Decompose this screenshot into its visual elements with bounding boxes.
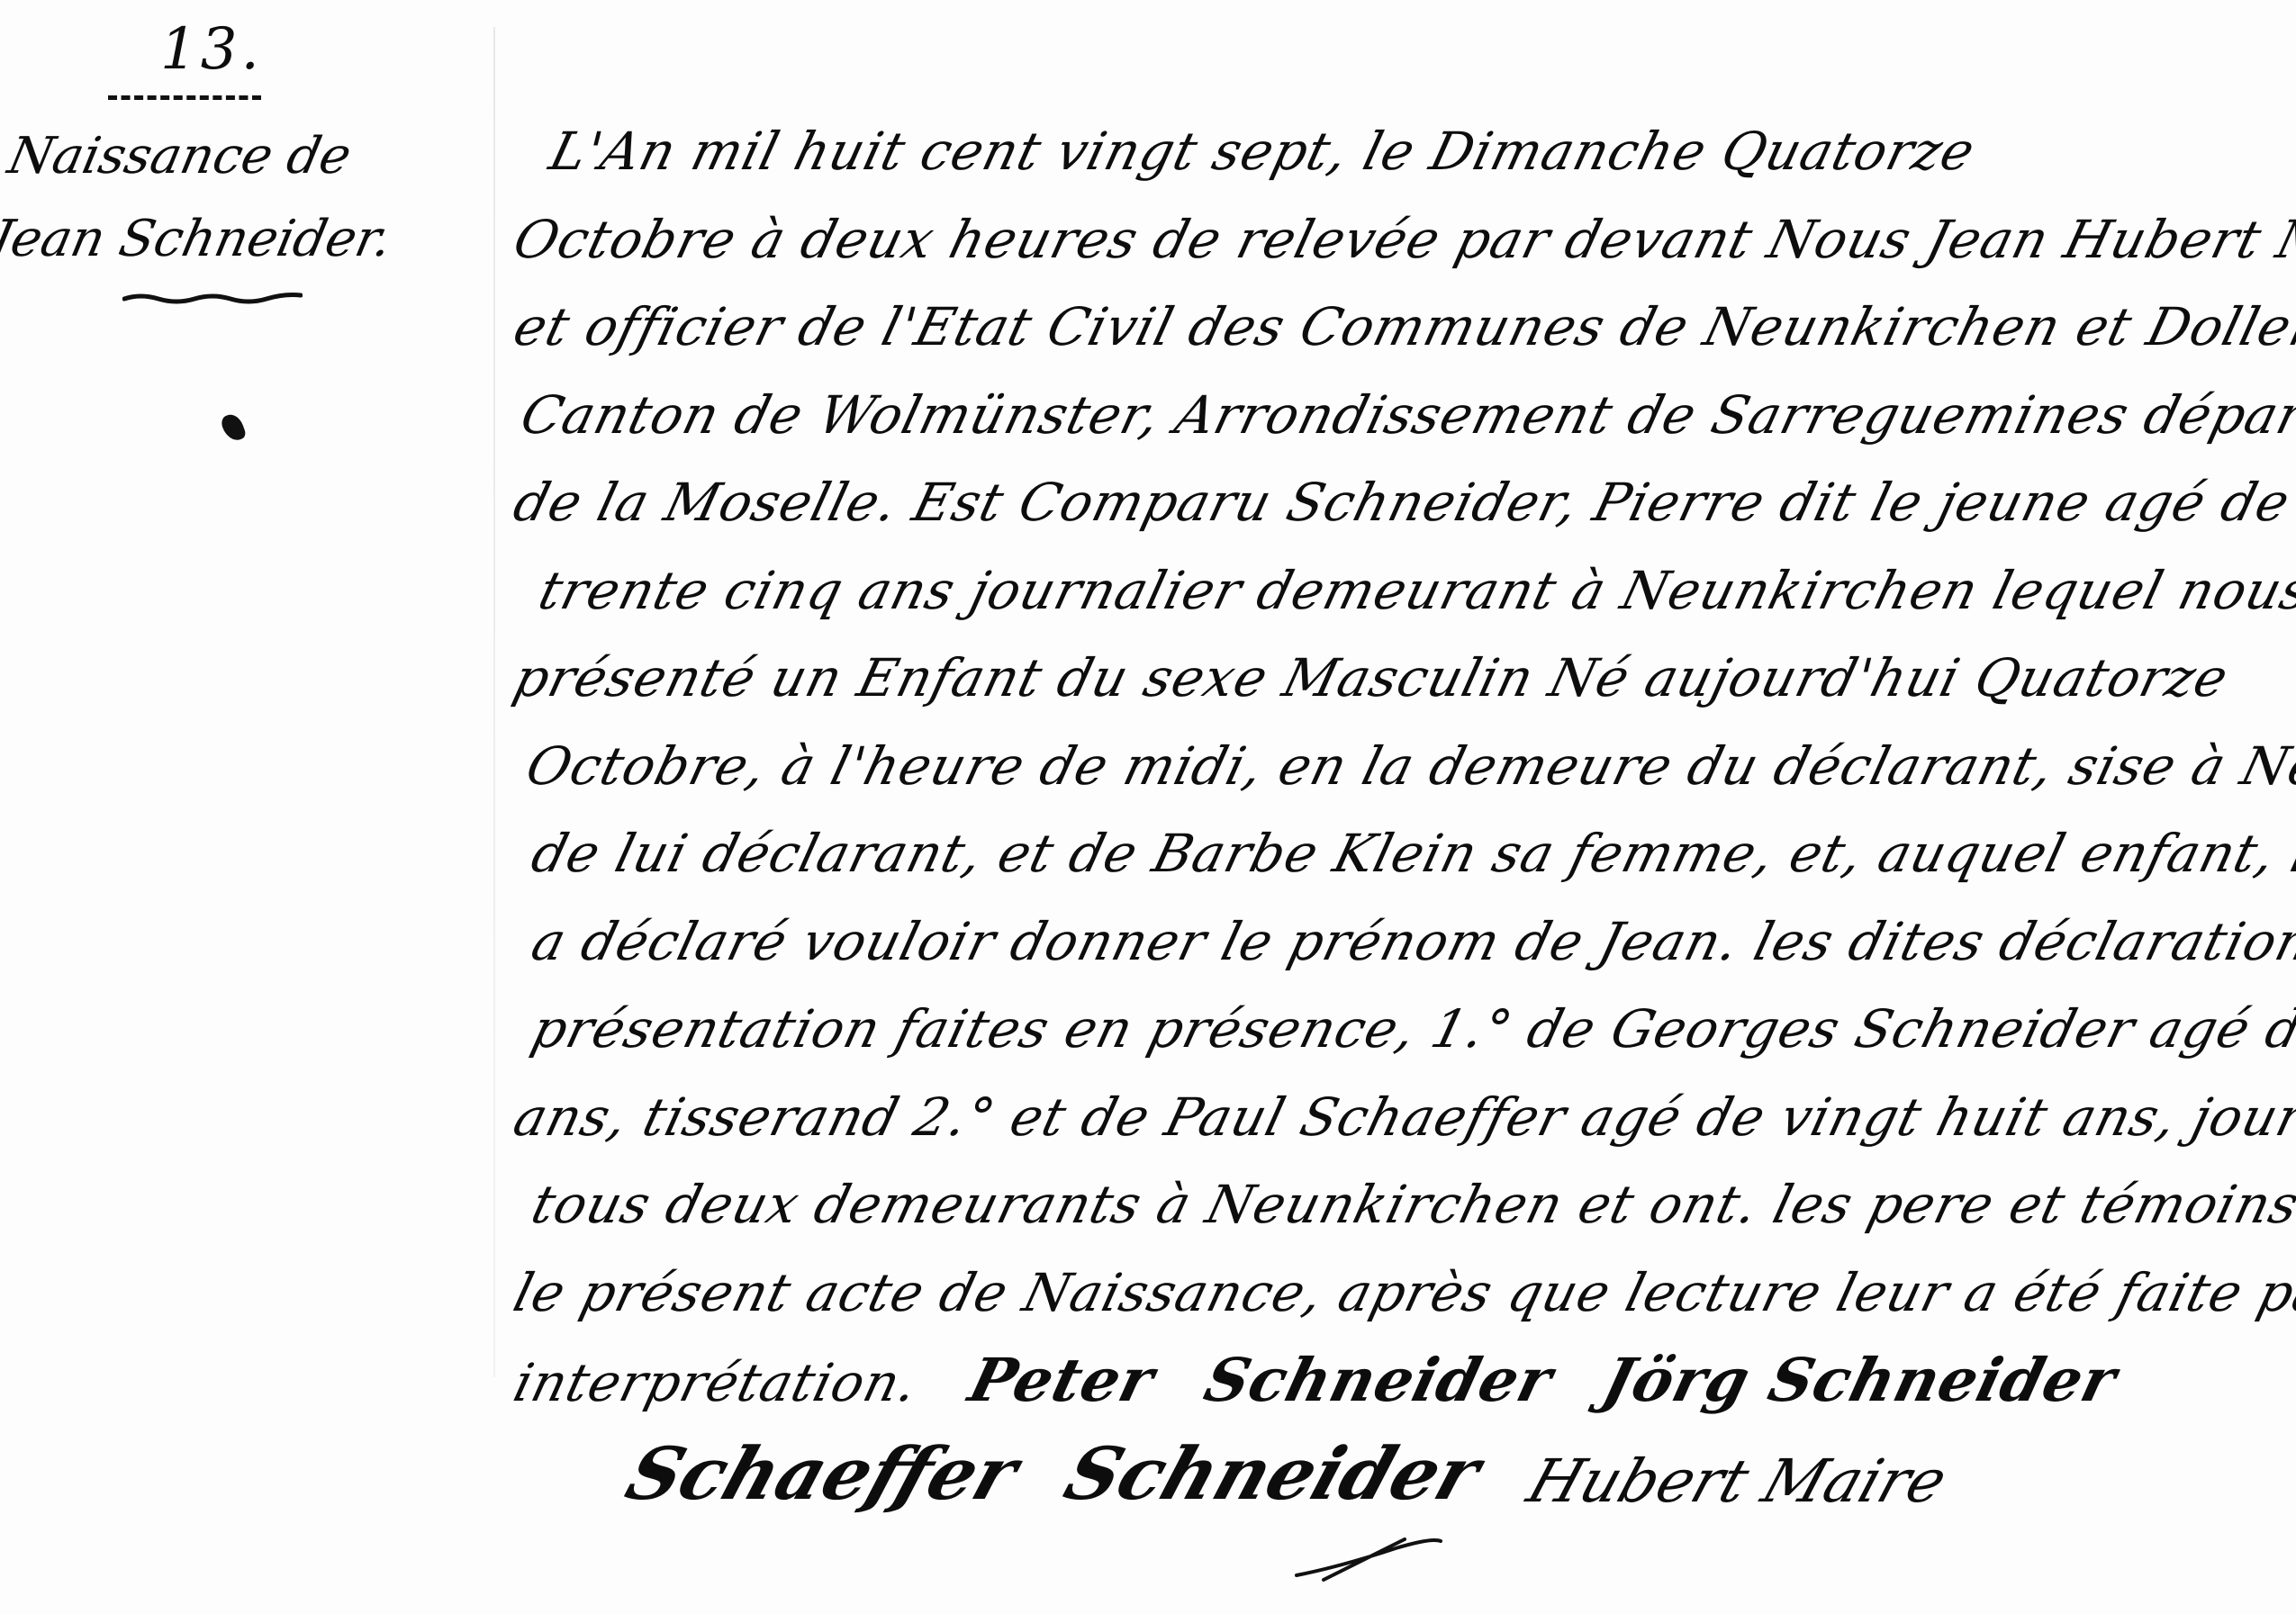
- inline-signature: Jörg Schneider: [1595, 1345, 2123, 1415]
- signature: Schneider: [1054, 1431, 1490, 1516]
- inline-signature: Peter: [963, 1345, 1162, 1415]
- entry-number-underline: [108, 95, 261, 105]
- paraph-flourish-icon: [1288, 1530, 1450, 1584]
- record-line: présentation faites en présence, 1.° de …: [504, 986, 2291, 1074]
- register-page: 13. Naissance de Jean Schneider. L'An mi…: [0, 0, 2296, 1614]
- inline-signature: Schneider: [1198, 1345, 1559, 1415]
- signature-mayor: Hubert Maire: [1519, 1447, 1955, 1516]
- ink-blot: [220, 411, 248, 444]
- margin-note-line: Jean Schneider.: [0, 198, 468, 281]
- record-line: présenté un Enfant du sexe Masculin Né a…: [504, 635, 2291, 723]
- record-line: le présent acte de Naissance, après que …: [504, 1249, 2291, 1338]
- flourish-underline-icon: [122, 292, 303, 304]
- record-line: Octobre à deux heures de relevée par dev…: [504, 196, 2291, 284]
- margin-rule: [493, 27, 495, 1377]
- record-line: et officier de l'Etat Civil des Communes…: [504, 284, 2291, 372]
- record-line: a déclaré vouloir donner le prénom de Je…: [504, 898, 2291, 987]
- record-line: de lui déclarant, et de Barbe Klein sa f…: [504, 810, 2291, 898]
- record-line: tous deux demeurants à Neunkirchen et on…: [504, 1161, 2291, 1249]
- record-line: trente cinq ans journalier demeurant à N…: [504, 547, 2291, 636]
- record-line: ans, tisserand 2.° et de Paul Schaeffer …: [504, 1074, 2291, 1162]
- record-line: L'An mil huit cent vingt sept, le Dimanc…: [504, 108, 2291, 196]
- record-line: Octobre, à l'heure de midi, en la demeur…: [504, 723, 2291, 811]
- record-line-final: interprétation. Peter Schneider Jörg Sch…: [504, 1337, 2291, 1428]
- record-line: Canton de Wolmünster, Arrondissement de …: [504, 372, 2291, 460]
- record-line: de la Moselle. Est Comparu Schneider, Pi…: [504, 459, 2291, 547]
- signature-row: Schaeffer Schneider Hubert Maire: [630, 1431, 2287, 1516]
- record-line-text: interprétation.: [508, 1352, 925, 1413]
- signature: Schaeffer: [617, 1431, 1028, 1516]
- entry-number: 13.: [160, 16, 263, 83]
- margin-note-line: Naissance de: [0, 115, 486, 198]
- margin-note: Naissance de Jean Schneider.: [0, 115, 486, 281]
- record-body: L'An mil huit cent vingt sept, le Dimanc…: [504, 108, 2269, 1428]
